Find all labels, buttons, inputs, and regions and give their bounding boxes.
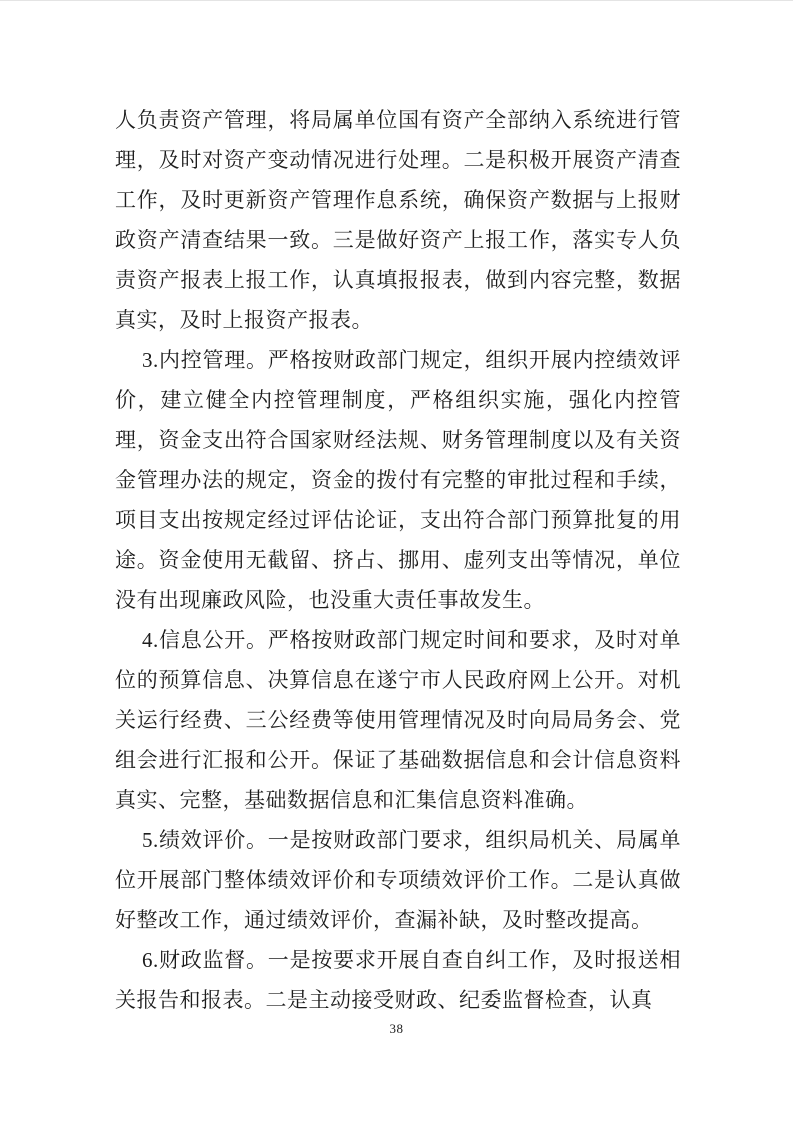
paragraph-asset-management-continuation: 人负责资产管理，将局属单位国有资产全部纳入系统进行管理，及时对资产变动情况进行处… [115, 100, 681, 340]
paragraph-internal-control: 3.内控管理。严格按财政部门规定，组织开展内控绩效评价，建立健全内控管理制度，严… [115, 340, 681, 620]
paragraph-financial-supervision: 6.财政监督。一是按要求开展自查自纠工作，及时报送相关报告和报表。二是主动接受财… [115, 940, 681, 1020]
document-page: 人负责资产管理，将局属单位国有资产全部纳入系统进行管理，及时对资产变动情况进行处… [0, 0, 793, 1122]
paragraph-performance-evaluation: 5.绩效评价。一是按财政部门要求，组织局机关、局属单位开展部门整体绩效评价和专项… [115, 820, 681, 940]
paragraph-information-disclosure: 4.信息公开。严格按财政部门规定时间和要求，及时对单位的预算信息、决算信息在遂宁… [115, 620, 681, 820]
page-number: 38 [0, 1019, 793, 1039]
document-body: 人负责资产管理，将局属单位国有资产全部纳入系统进行管理，及时对资产变动情况进行处… [115, 100, 681, 1020]
